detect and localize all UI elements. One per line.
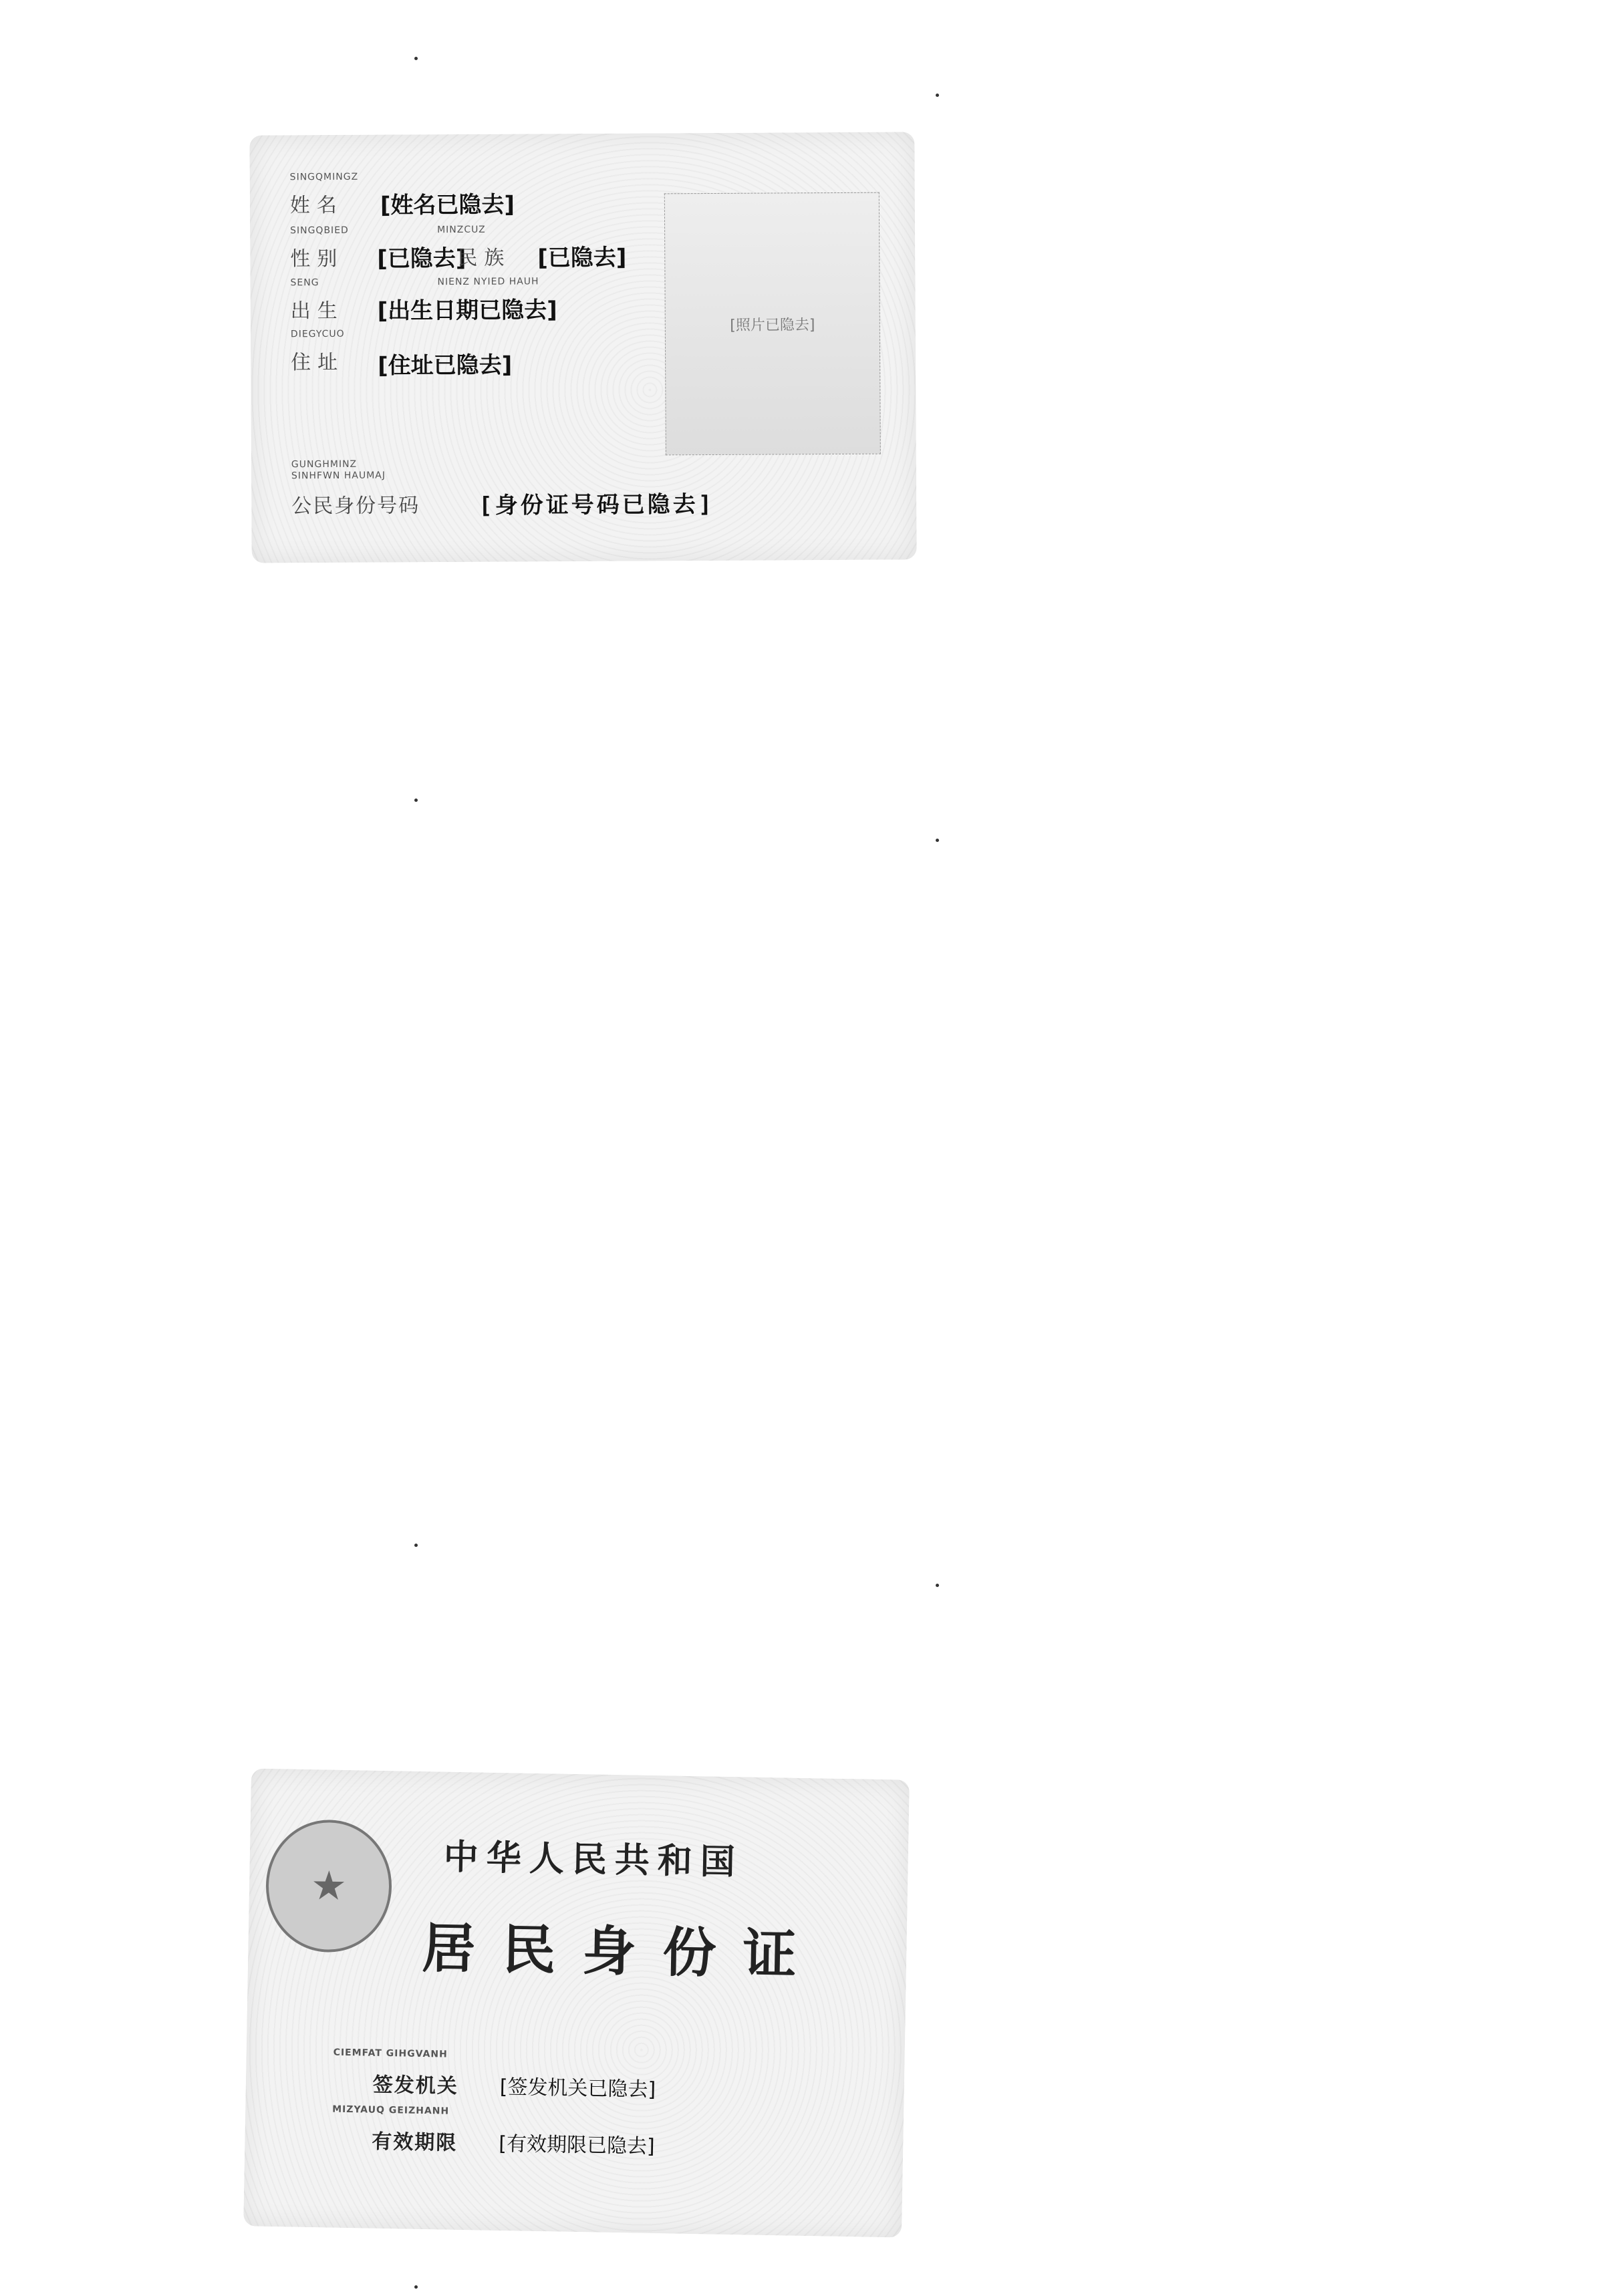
id-pinyin-1: GUNGHMINZ — [291, 459, 357, 470]
birth-pinyin-2: NIENZ NYIED HAUH — [437, 276, 539, 287]
authority-value: [签发机关已隐去] — [499, 2070, 656, 2102]
validity-pinyin: MIZYAUQ GEIZHANH — [332, 2104, 449, 2117]
country-name: 中华人民共和国 — [443, 1829, 743, 1884]
ethnic-pinyin: MINZCUZ — [437, 225, 486, 235]
scan-speck — [414, 2285, 418, 2289]
name-label: 姓名 — [290, 188, 344, 218]
ethnic-value: [已隐去] — [537, 239, 626, 273]
birth-pinyin: SENG — [290, 277, 319, 288]
sex-value: [已隐去] — [377, 240, 466, 273]
birth-label: 出生 — [291, 294, 344, 323]
id-number-label: 公民身份号码 — [291, 488, 420, 519]
ethnic-label: 民族 — [457, 241, 511, 271]
scan-speck — [414, 1544, 418, 1547]
authority-pinyin: CIEMFAT GIHGVANH — [333, 2047, 448, 2060]
scan-speck — [936, 94, 939, 97]
sex-pinyin: SINGQBIED — [290, 225, 349, 236]
address-label: 住址 — [291, 345, 344, 375]
name-value: [姓名已隐去] — [380, 186, 515, 220]
national-emblem-icon: ★ — [265, 1819, 392, 1953]
portrait-photo-placeholder: [照片已隐去] — [664, 192, 881, 456]
sex-label: 性别 — [290, 242, 344, 271]
birth-value: [出生日期已隐去] — [378, 291, 557, 325]
validity-value: [有效期限已隐去] — [499, 2127, 655, 2159]
scan-speck — [414, 799, 418, 802]
address-line-1: [住址已隐去] — [378, 347, 512, 380]
name-pinyin: SINGQMINGZ — [290, 172, 359, 183]
id-card-back: ★ 中华人民共和国 居民身份证 CIEMFAT GIHGVANH 签发机关 [签… — [243, 1768, 910, 2237]
scan-speck — [414, 57, 418, 60]
id-pinyin-2: SINHFWN HAUMAJ — [291, 470, 386, 482]
validity-label: 有效期限 — [372, 2125, 458, 2156]
authority-label: 签发机关 — [372, 2068, 458, 2099]
scan-speck — [936, 1584, 939, 1587]
document-title: 居民身份证 — [422, 1905, 824, 1989]
id-card-front: SINGQMINGZ 姓名 [姓名已隐去] SINGQBIED MINZCUZ … — [249, 132, 916, 563]
id-number-value: [身份证号码已隐去] — [479, 486, 714, 520]
address-pinyin: DIEGYCUO — [291, 329, 345, 339]
scan-speck — [936, 839, 939, 842]
